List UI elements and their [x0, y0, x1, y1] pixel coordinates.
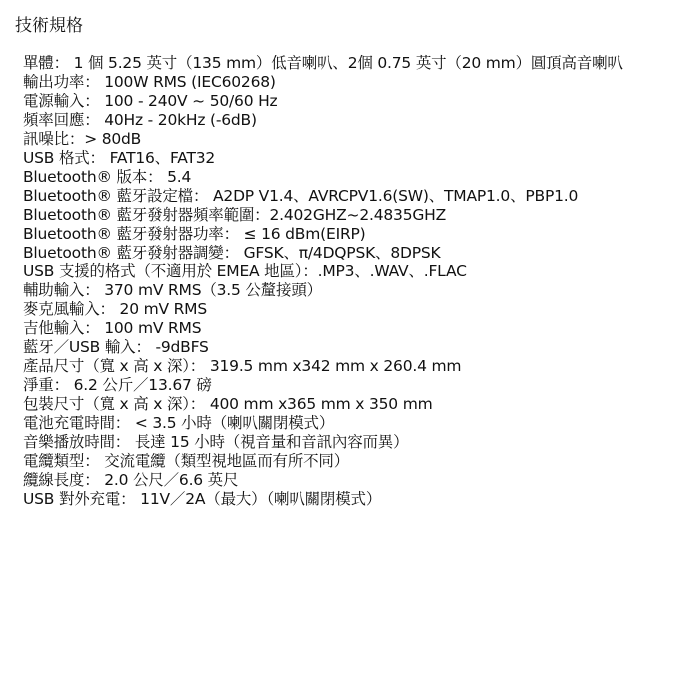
spec-aux-input: 輔助輸入： 370 mV RMS（3.5 公釐接頭） [23, 281, 623, 300]
spec-snr: 訊噪比：> 80dB [23, 130, 623, 149]
spec-bluetooth-modulation: Bluetooth® 藍牙發射器調變： GFSK、π/4DQPSK、8DPSK [23, 244, 623, 263]
spec-product-dimensions: 產品尺寸（寬 x 高 x 深）： 319.5 mm x342 mm x 260.… [23, 357, 623, 376]
spec-net-weight: 淨重： 6.2 公斤／13.67 磅 [23, 376, 623, 395]
spec-usb-charge-out: USB 對外充電： 11V／2A（最大）（喇叭關閉模式） [23, 490, 623, 509]
spec-power-input: 電源輸入： 100 - 240V ~ 50/60 Hz [23, 92, 623, 111]
spec-output-power: 輸出功率： 100W RMS (IEC60268) [23, 73, 623, 92]
spec-playtime: 音樂播放時間： 長達 15 小時（視音量和音訊內容而異） [23, 433, 623, 452]
spec-bt-usb-input: 藍牙／USB 輸入： -9dBFS [23, 338, 623, 357]
spec-cable-length: 纜線長度： 2.0 公尺／6.6 英尺 [23, 471, 623, 490]
spec-bluetooth-frequency-range: Bluetooth® 藍牙發射器頻率範圍：2.402GHZ~2.4835GHZ [23, 206, 623, 225]
spec-bluetooth-version: Bluetooth® 版本： 5.4 [23, 168, 623, 187]
page-title: 技術規格 [15, 15, 83, 37]
spec-bluetooth-profiles: Bluetooth® 藍牙設定檔： A2DP V1.4、AVRCPV1.6(SW… [23, 187, 623, 206]
spec-list: 單體： 1 個 5.25 英寸（135 mm）低音喇叭、2個 0.75 英寸（2… [23, 54, 623, 509]
spec-bluetooth-power: Bluetooth® 藍牙發射器功率： ≤ 16 dBm(EIRP) [23, 225, 623, 244]
spec-mic-input: 麥克風輸入： 20 mV RMS [23, 300, 623, 319]
spec-drivers: 單體： 1 個 5.25 英寸（135 mm）低音喇叭、2個 0.75 英寸（2… [23, 54, 623, 73]
spec-usb-supported-formats: USB 支援的格式（不適用於 EMEA 地區）：.MP3、.WAV、.FLAC [23, 262, 623, 281]
spec-guitar-input: 吉他輸入： 100 mV RMS [23, 319, 623, 338]
spec-cable-type: 電纜類型： 交流電纜（類型視地區而有所不同） [23, 452, 623, 471]
spec-frequency-response: 頻率回應： 40Hz - 20kHz (-6dB) [23, 111, 623, 130]
spec-charging-time: 電池充電時間： < 3.5 小時（喇叭關閉模式） [23, 414, 623, 433]
spec-usb-format: USB 格式： FAT16、FAT32 [23, 149, 623, 168]
spec-package-dimensions: 包裝尺寸（寬 x 高 x 深）： 400 mm x365 mm x 350 mm [23, 395, 623, 414]
